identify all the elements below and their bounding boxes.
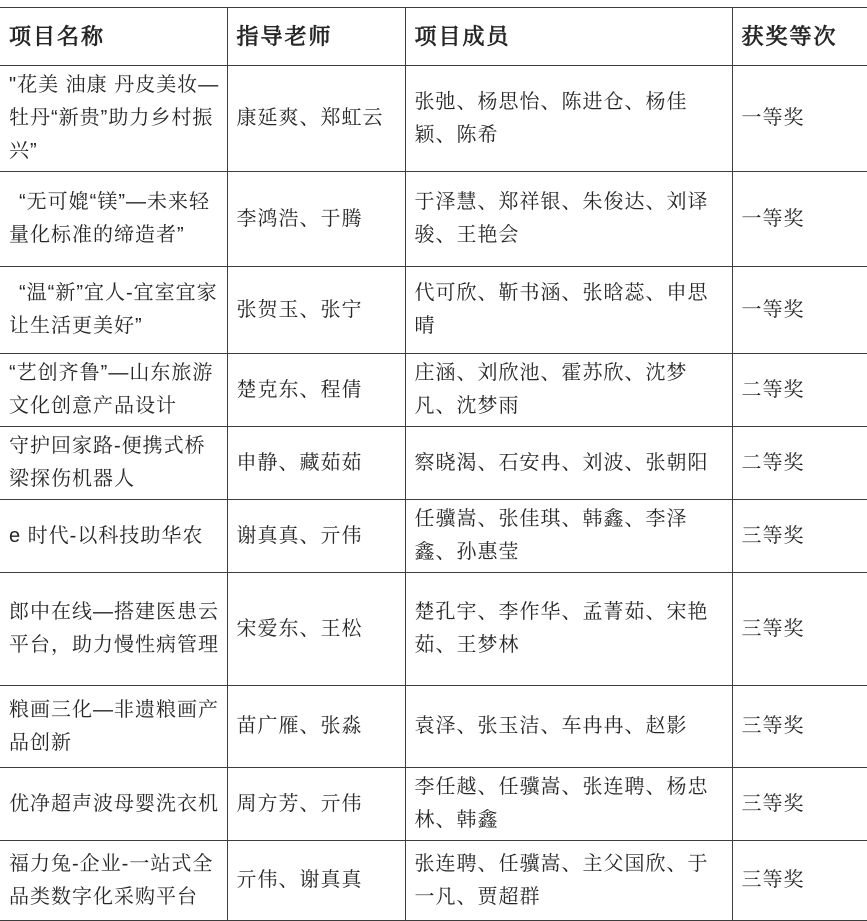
award-level-cell: 二等奖 xyxy=(732,354,867,427)
col-header-award-level: 获奖等次 xyxy=(732,8,867,66)
project-name-cell: “无可媲“镁”—未来轻量化标准的缔造者” xyxy=(0,172,227,267)
members-cell: 袁泽、张玉洁、车冉冉、赵影 xyxy=(405,686,732,768)
members-cell: 楚孔宇、李作华、孟菁茹、宋艳茹、王梦林 xyxy=(405,573,732,686)
table-row: “无可媲“镁”—未来轻量化标准的缔造者” 李鸿浩、于腾 于泽慧、郑祥银、朱俊达、… xyxy=(0,172,867,267)
advisors-cell: 楚克东、程倩 xyxy=(227,354,405,427)
project-name-cell: e 时代-以科技助华农 xyxy=(0,500,227,573)
table-row: “艺创齐鲁”—山东旅游文化创意产品设计 楚克东、程倩 庄涵、刘欣池、霍苏欣、沈梦… xyxy=(0,354,867,427)
award-level-cell: 一等奖 xyxy=(732,172,867,267)
table-row: 郎中在线—搭建医患云平台，助力慢性病管理 宋爱东、王松 楚孔宇、李作华、孟菁茹、… xyxy=(0,573,867,686)
header-row: 项目名称 指导老师 项目成员 获奖等次 xyxy=(0,8,867,66)
project-name-cell: 优净超声波母婴洗衣机 xyxy=(0,768,227,841)
advisors-cell: 李鸿浩、于腾 xyxy=(227,172,405,267)
col-header-advisors: 指导老师 xyxy=(227,8,405,66)
members-cell: 张弛、杨思怡、陈进仓、杨佳颖、陈希 xyxy=(405,66,732,172)
award-level-cell: 三等奖 xyxy=(732,500,867,573)
members-cell: 李任越、任骥嵩、张连聘、杨忠林、韩鑫 xyxy=(405,768,732,841)
project-name-cell: 粮画三化—非遗粮画产品创新 xyxy=(0,686,227,768)
project-name-cell: 郎中在线—搭建医患云平台，助力慢性病管理 xyxy=(0,573,227,686)
table-row: 优净超声波母婴洗衣机 周方芳、亓伟 李任越、任骥嵩、张连聘、杨忠林、韩鑫 三等奖 xyxy=(0,768,867,841)
award-level-cell: 一等奖 xyxy=(732,267,867,354)
project-name-cell: 守护回家路-便携式桥梁探伤机器人 xyxy=(0,427,227,500)
col-header-members: 项目成员 xyxy=(405,8,732,66)
members-cell: 代可欣、靳书涵、张晗蕊、申思晴 xyxy=(405,267,732,354)
award-level-cell: 三等奖 xyxy=(732,768,867,841)
members-cell: 庄涵、刘欣池、霍苏欣、沈梦凡、沈梦雨 xyxy=(405,354,732,427)
table-header: 项目名称 指导老师 项目成员 获奖等次 xyxy=(0,8,867,66)
project-name-cell: "花美 油康 丹皮美妆—牡丹“新贵”助力乡村振兴” xyxy=(0,66,227,172)
table-row: 守护回家路-便携式桥梁探伤机器人 申静、藏茹茹 察晓渴、石安冉、刘波、张朝阳 二… xyxy=(0,427,867,500)
advisors-cell: 张贺玉、张宁 xyxy=(227,267,405,354)
members-cell: 察晓渴、石安冉、刘波、张朝阳 xyxy=(405,427,732,500)
advisors-cell: 申静、藏茹茹 xyxy=(227,427,405,500)
awards-table: 项目名称 指导老师 项目成员 获奖等次 "花美 油康 丹皮美妆—牡丹“新贵”助力… xyxy=(0,7,867,921)
advisors-cell: 谢真真、亓伟 xyxy=(227,500,405,573)
award-level-cell: 二等奖 xyxy=(732,427,867,500)
advisors-cell: 康延爽、郑虹云 xyxy=(227,66,405,172)
table-row: “温“新”宜人-宜室宜家让生活更美好” 张贺玉、张宁 代可欣、靳书涵、张晗蕊、申… xyxy=(0,267,867,354)
table-row: e 时代-以科技助华农 谢真真、亓伟 任骥嵩、张佳琪、韩鑫、李泽鑫、孙惠莹 三等… xyxy=(0,500,867,573)
table-row: "花美 油康 丹皮美妆—牡丹“新贵”助力乡村振兴” 康延爽、郑虹云 张弛、杨思怡… xyxy=(0,66,867,172)
award-level-cell: 一等奖 xyxy=(732,66,867,172)
advisors-cell: 亓伟、谢真真 xyxy=(227,841,405,921)
members-cell: 于泽慧、郑祥银、朱俊达、刘译骏、王艳会 xyxy=(405,172,732,267)
advisors-cell: 苗广雁、张淼 xyxy=(227,686,405,768)
award-level-cell: 三等奖 xyxy=(732,686,867,768)
members-cell: 张连聘、任骥嵩、主父国欣、于一凡、贾超群 xyxy=(405,841,732,921)
col-header-project-name: 项目名称 xyxy=(0,8,227,66)
award-level-cell: 三等奖 xyxy=(732,841,867,921)
award-level-cell: 三等奖 xyxy=(732,573,867,686)
project-name-cell: 福力兔-企业-一站式全品类数字化采购平台 xyxy=(0,841,227,921)
table-body: "花美 油康 丹皮美妆—牡丹“新贵”助力乡村振兴” 康延爽、郑虹云 张弛、杨思怡… xyxy=(0,66,867,921)
advisors-cell: 周方芳、亓伟 xyxy=(227,768,405,841)
document-page: 项目名称 指导老师 项目成员 获奖等次 "花美 油康 丹皮美妆—牡丹“新贵”助力… xyxy=(0,0,867,921)
project-name-cell: “温“新”宜人-宜室宜家让生活更美好” xyxy=(0,267,227,354)
table-row: 福力兔-企业-一站式全品类数字化采购平台 亓伟、谢真真 张连聘、任骥嵩、主父国欣… xyxy=(0,841,867,921)
advisors-cell: 宋爱东、王松 xyxy=(227,573,405,686)
project-name-cell: “艺创齐鲁”—山东旅游文化创意产品设计 xyxy=(0,354,227,427)
table-row: 粮画三化—非遗粮画产品创新 苗广雁、张淼 袁泽、张玉洁、车冉冉、赵影 三等奖 xyxy=(0,686,867,768)
members-cell: 任骥嵩、张佳琪、韩鑫、李泽鑫、孙惠莹 xyxy=(405,500,732,573)
